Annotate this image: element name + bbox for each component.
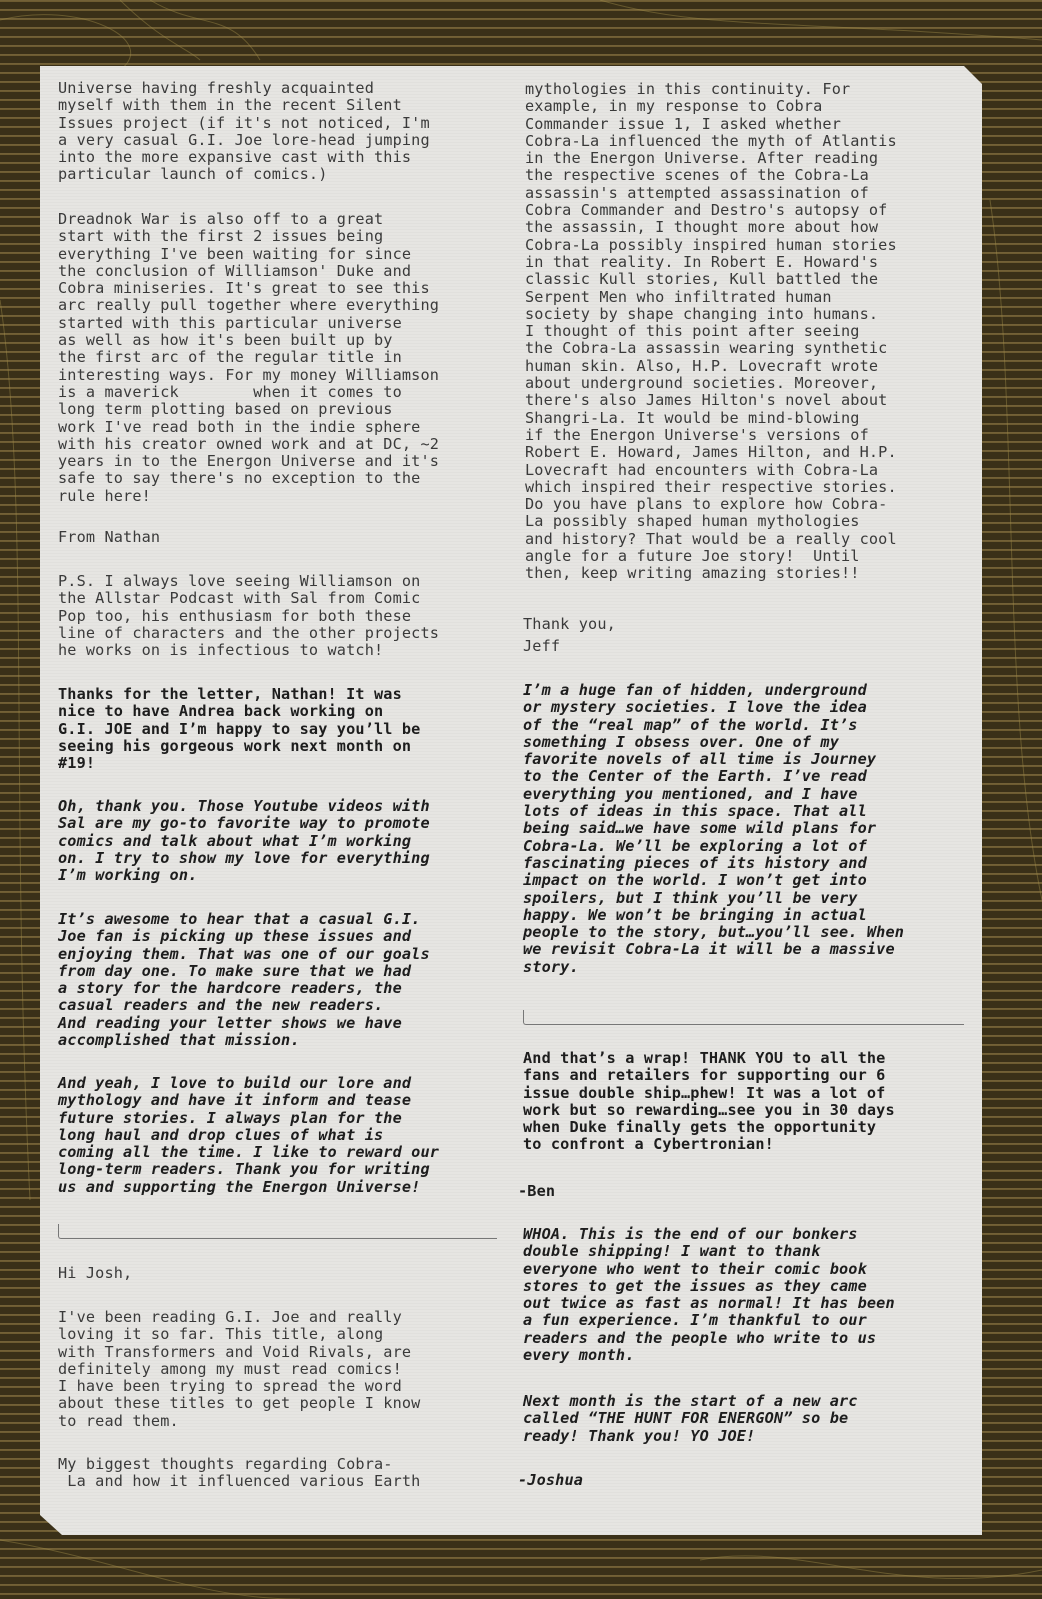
signature-joshua: -Joshua [518, 1472, 583, 1489]
section-divider [58, 1224, 497, 1239]
editor-reply-joshua: I’m a huge fan of hidden, underground or… [523, 682, 904, 976]
letter-paragraph: Universe having freshly acquainted mysel… [58, 80, 430, 184]
letter-paragraph: My biggest thoughts regarding Cobra- La … [58, 1456, 420, 1491]
editor-reply-joshua: And yeah, I love to build our lore and m… [58, 1075, 439, 1196]
letter-postscript: P.S. I always love seeing Williamson on … [58, 573, 439, 659]
letter-paragraph: mythologies in this continuity. For exam… [525, 81, 897, 583]
letter-signature: Jeff [523, 638, 560, 655]
letter-greeting: Hi Josh, [58, 1265, 132, 1282]
editor-sign-off-joshua: WHOA. This is the end of our bonkers dou… [523, 1226, 895, 1364]
letter-signature: From Nathan [58, 529, 160, 546]
letter-paragraph: I've been reading G.I. Joe and really lo… [58, 1309, 420, 1430]
letter-paragraph: Dreadnok War is also off to a great star… [58, 211, 439, 505]
editor-reply-joshua: Oh, thank you. Those Youtube videos with… [58, 798, 430, 884]
editor-sign-off-joshua: Next month is the start of a new arc cal… [523, 1393, 858, 1445]
letter-closing: Thank you, [523, 616, 616, 633]
signature-ben: -Ben [518, 1183, 555, 1200]
editor-reply-ben: Thanks for the letter, Nathan! It was ni… [58, 686, 420, 772]
editor-reply-joshua: It’s awesome to hear that a casual G.I. … [58, 911, 430, 1049]
section-divider [523, 1010, 964, 1025]
letters-page: Universe having freshly acquainted mysel… [40, 66, 982, 1535]
editor-sign-off-ben: And that’s a wrap! THANK YOU to all the … [523, 1050, 895, 1154]
